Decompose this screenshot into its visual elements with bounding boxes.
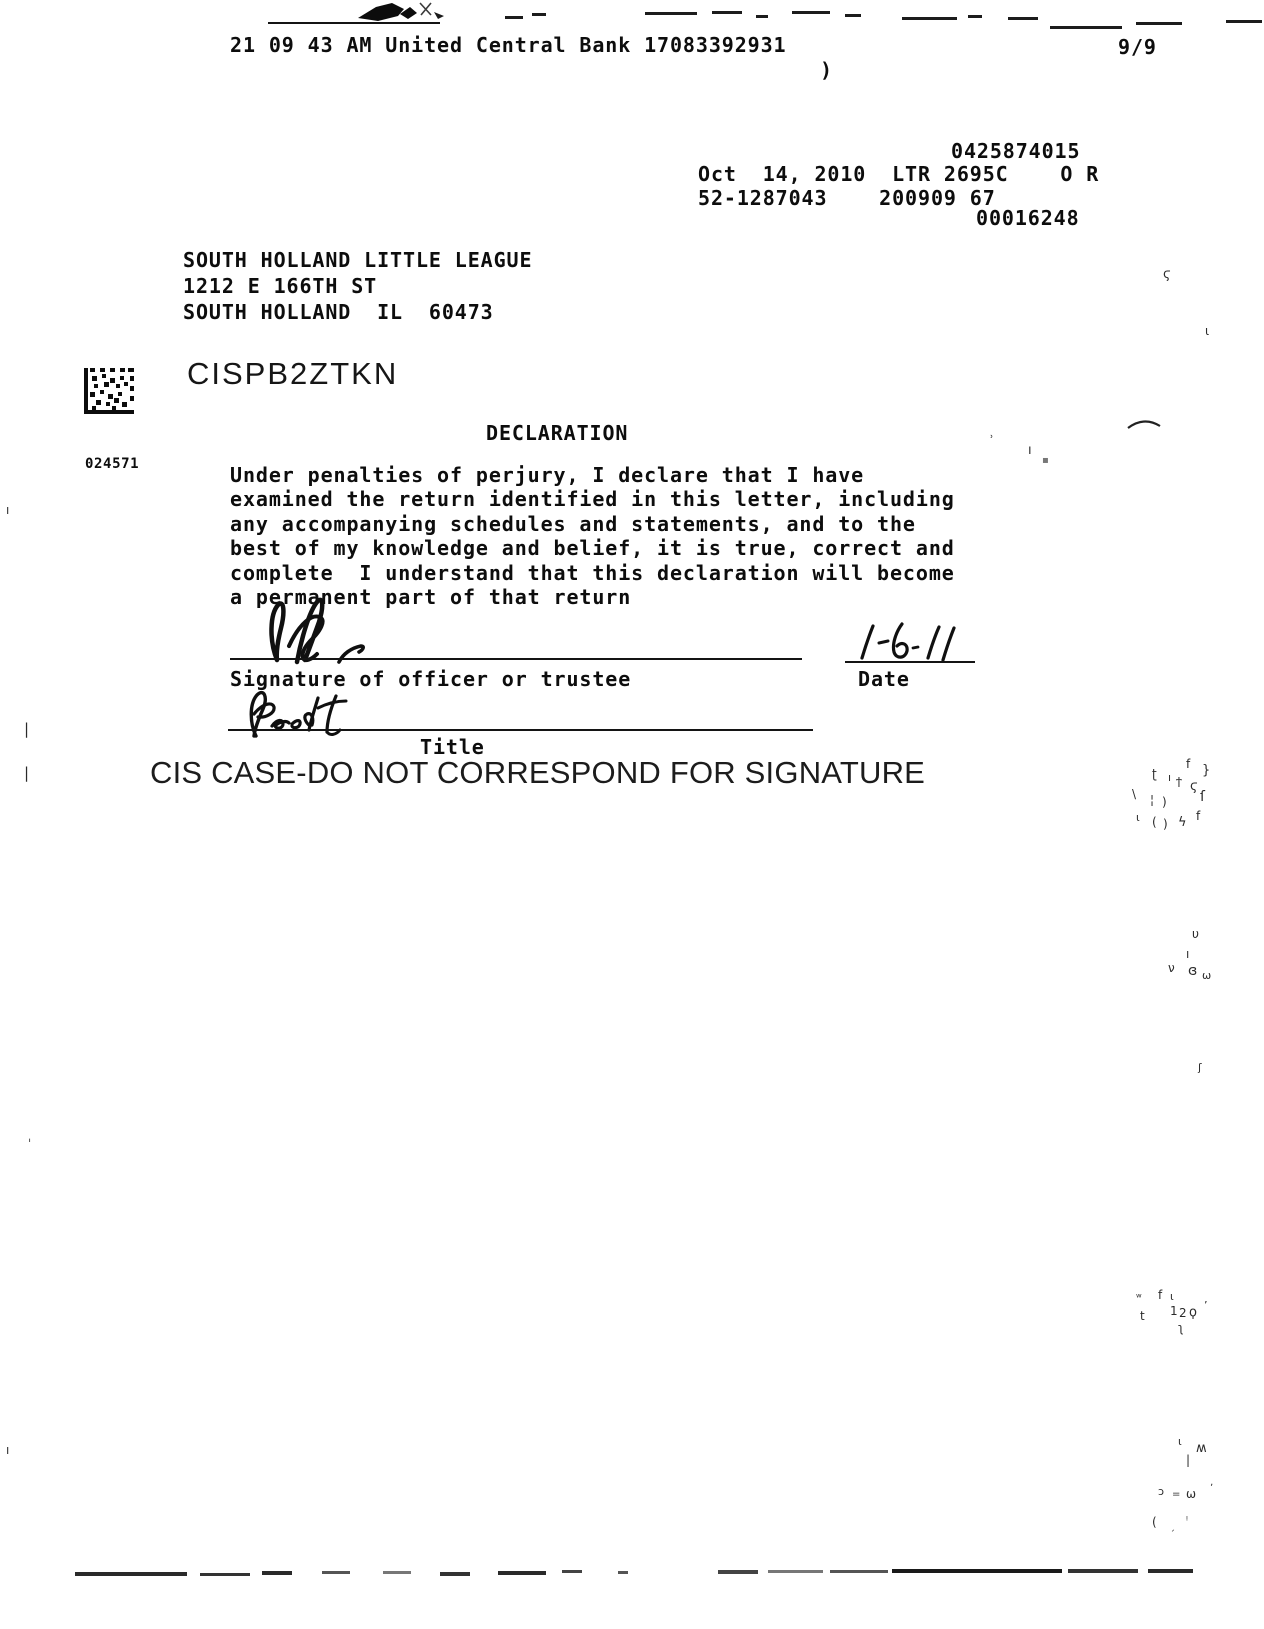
fax-noise-dash: [505, 16, 523, 19]
bottom-scan-line: [562, 1570, 582, 1573]
datamatrix-barcode: [84, 368, 134, 414]
bottom-scan-line: [262, 1571, 292, 1575]
declaration-line: complete I understand that this declarat…: [230, 561, 955, 585]
noise-mark: ı: [1028, 444, 1032, 457]
noise-mark: ɩ: [1178, 1436, 1182, 1447]
declaration-line: best of my knowledge and belief, it is t…: [230, 536, 955, 560]
noise-mark: ν: [1168, 962, 1175, 974]
noise-mark: ϟ: [1178, 816, 1187, 829]
noise-mark: ω: [1186, 1488, 1196, 1500]
declaration-line: examined the return identified in this l…: [230, 487, 955, 511]
signature-line: [230, 658, 802, 660]
fax-noise-dash: [968, 15, 982, 18]
ein-tax-period-line: 52-1287043 200909 67: [698, 186, 996, 210]
noise-mark: }: [1202, 764, 1210, 777]
bottom-scan-line: [1148, 1569, 1193, 1573]
fax-noise-dash: [1008, 17, 1038, 20]
noise-mark: ʈ: [1152, 768, 1157, 780]
noise-mark: ᵎ: [1186, 1514, 1188, 1525]
bottom-scan-line: [768, 1570, 823, 1573]
noise-mark: ω: [1202, 970, 1211, 981]
case-code: CISPB2ZTKN: [187, 356, 398, 392]
noise-mark: ı: [6, 504, 9, 516]
date-label: Date: [858, 667, 910, 691]
noise-mark: υ: [1192, 928, 1199, 940]
bottom-scan-line: [498, 1571, 546, 1575]
cis-stamp-text: CIS CASE-DO NOT CORRESPOND FOR SIGNATURE: [150, 755, 925, 791]
noise-mark: |: [24, 722, 29, 737]
recipient-name: SOUTH HOLLAND LITTLE LEAGUE: [183, 247, 532, 273]
noise-mark: ¦: [1150, 794, 1154, 806]
bottom-scan-line: [618, 1571, 628, 1574]
noise-arc: [1126, 414, 1162, 434]
bottom-scan-line: [75, 1572, 187, 1576]
bottom-scan-line: [892, 1569, 1062, 1573]
fax-noise-dash: [1050, 26, 1122, 29]
bottom-scan-line: [322, 1571, 350, 1574]
fax-noise-dash: [902, 17, 957, 20]
fax-noise-dash: [532, 13, 546, 16]
noise-mark: ʷ: [1136, 1292, 1142, 1303]
fax-noise-dash: [1226, 20, 1262, 23]
noise-mark: ): [1162, 796, 1167, 808]
title-line: [228, 729, 813, 731]
bottom-scan-line: [383, 1571, 411, 1574]
dln-number: 0425874015: [951, 139, 1080, 163]
date-line: [845, 661, 975, 663]
noise-mark: (: [1152, 816, 1157, 828]
bottom-scan-line: [718, 1570, 758, 1574]
control-number: 00016248: [976, 206, 1080, 230]
noise-mark: f: [1186, 758, 1190, 770]
recipient-street: 1212 E 166TH ST: [183, 273, 377, 299]
bottom-scan-line: [830, 1570, 888, 1573]
blob-underline: [268, 22, 440, 24]
noise-mark: ı: [1186, 948, 1189, 960]
fax-noise-dash: [712, 11, 742, 14]
noise-mark: 2: [1179, 1307, 1187, 1319]
noise-mark: 1: [1170, 1305, 1178, 1317]
fax-page-indicator: 9/9: [1118, 35, 1157, 59]
noise-mark: (: [1152, 1516, 1157, 1528]
bottom-scan-line: [1068, 1569, 1138, 1573]
fax-noise-dash: [1136, 22, 1182, 25]
noise-mark: f: [1158, 1289, 1162, 1301]
noise-mark: ϯ: [1176, 776, 1182, 787]
noise-mark: ʾ: [990, 434, 994, 446]
noise-mark: |: [24, 766, 29, 781]
noise-mark: ): [1163, 818, 1168, 830]
noise-mark: ʍ: [1196, 1442, 1207, 1455]
noise-mark: ϛ: [1163, 268, 1171, 281]
noise-mark: ᴐ: [1158, 1486, 1164, 1497]
fax-noise-dash: [645, 12, 697, 15]
batch-number: 024571: [85, 456, 139, 472]
fax-noise-dash: [792, 11, 830, 14]
bottom-scan-line: [440, 1572, 470, 1576]
fax-noise-dash: [756, 15, 768, 18]
noise-mark: ſ: [1200, 790, 1205, 804]
letter-date-line: Oct 14, 2010 LTR 2695C O R: [698, 162, 1099, 186]
noise-mark: ˈ: [28, 1138, 31, 1150]
noise-mark: ɞ: [1188, 964, 1197, 978]
bottom-scan-line: [200, 1573, 250, 1576]
noise-mark: ι: [1170, 1291, 1174, 1302]
noise-mark: ʼ: [1204, 1300, 1208, 1311]
noise-mark: ı: [1168, 772, 1171, 783]
fax-header-line: 21 09 43 AM United Central Bank 17083392…: [230, 33, 786, 57]
noise-mark: ι: [1205, 325, 1209, 337]
noise-mark: ʅ: [1178, 1322, 1184, 1334]
noise-mark: ϙ: [1189, 1306, 1197, 1319]
noise-mark: \: [1132, 788, 1136, 800]
noise-mark: ʼ: [1210, 1484, 1213, 1494]
noise-mark: |: [1186, 1454, 1190, 1466]
noise-mark: ι: [1136, 812, 1140, 823]
handwritten-date: [846, 618, 976, 666]
declaration-line: any accompanying schedules and statement…: [230, 512, 916, 536]
stray-paren-mark: ): [820, 58, 833, 82]
fax-noise-dash: [845, 14, 861, 17]
handwritten-signature: [253, 596, 373, 666]
handwritten-title: [240, 688, 380, 740]
recipient-city-state-zip: SOUTH HOLLAND IL 60473: [183, 299, 494, 325]
noise-mark: ˏ: [1170, 1522, 1175, 1532]
fax-ink-blob: [350, 0, 460, 30]
noise-mark: ı: [6, 1444, 9, 1456]
declaration-line: Under penalties of perjury, I declare th…: [230, 463, 864, 487]
noise-mark: f: [1196, 810, 1200, 822]
noise-mark: ʃ: [1198, 1062, 1202, 1073]
noise-mark: ▪: [1042, 456, 1049, 466]
noise-mark: =: [1172, 1490, 1180, 1500]
declaration-heading: DECLARATION: [486, 421, 628, 445]
noise-mark: t: [1140, 1310, 1145, 1322]
noise-mark: ϛ: [1190, 780, 1198, 793]
fax-document-page: 21 09 43 AM United Central Bank 17083392…: [0, 0, 1264, 1629]
